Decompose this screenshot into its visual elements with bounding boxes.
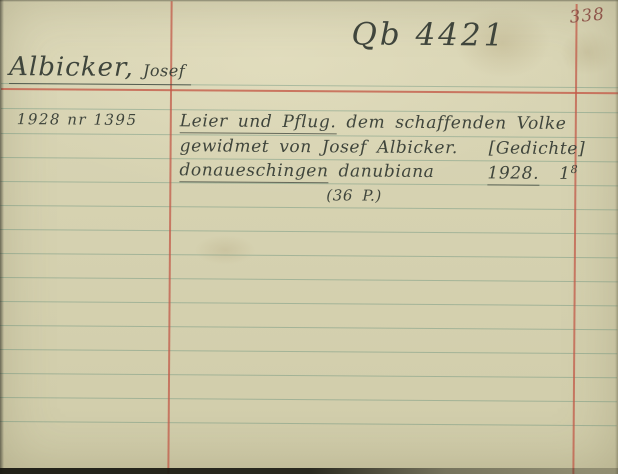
format-number: 1 bbox=[559, 164, 571, 184]
heading-separator: , bbox=[124, 53, 143, 83]
publication-year: 1928. bbox=[487, 163, 539, 185]
ruled-line bbox=[0, 325, 617, 330]
call-number: Qb 4421 bbox=[351, 16, 506, 53]
format-superscript: 8 bbox=[571, 163, 578, 176]
entry-imprint-line: donaueschingen danubiana1928. 18 bbox=[179, 160, 434, 182]
genre-note: [Gedichte] bbox=[489, 138, 586, 159]
format-statement: 18 bbox=[559, 164, 578, 184]
entry-statement-line: gewidmet von Josef Albicker.[Gedichte] bbox=[180, 136, 458, 158]
ruled-line bbox=[0, 349, 617, 354]
author-forename: Josef bbox=[143, 61, 185, 80]
statement-of-responsibility: gewidmet von Josef Albicker. bbox=[180, 136, 458, 158]
ruled-line bbox=[0, 253, 618, 258]
entry-extent-line: (36 P.) bbox=[326, 186, 382, 204]
accession-number: 1928 nr 1395 bbox=[17, 110, 138, 129]
corner-number: 338 bbox=[569, 4, 606, 27]
card-ruling: 338 Qb 4421 Albicker, Josef 1928 nr 1395… bbox=[0, 0, 618, 474]
title-rest: dem schaffenden Volke bbox=[336, 112, 566, 134]
entry-title-line: Leier und Pflug. dem schaffenden Volke bbox=[180, 111, 567, 134]
ruled-line bbox=[0, 421, 617, 426]
ruled-line bbox=[0, 301, 618, 306]
ruled-line bbox=[0, 277, 618, 282]
publication-place: donaueschingen bbox=[179, 160, 328, 183]
publisher-name: danubiana bbox=[328, 161, 434, 182]
ruled-line bbox=[0, 229, 618, 234]
imprint-year-format: 1928. 18 bbox=[487, 162, 577, 184]
title-underlined: Leier und Pflug. bbox=[180, 111, 337, 134]
red-header-rule bbox=[1, 88, 618, 94]
ruled-line bbox=[0, 373, 617, 378]
red-margin-rule-right bbox=[572, 4, 577, 474]
ruled-line bbox=[0, 397, 617, 402]
author-surname: Albicker bbox=[9, 52, 125, 83]
spacer bbox=[539, 164, 559, 184]
catalog-card: 338 Qb 4421 Albicker, Josef 1928 nr 1395… bbox=[0, 0, 618, 474]
ruled-line bbox=[0, 205, 618, 210]
author-heading: Albicker, Josef bbox=[9, 52, 191, 85]
